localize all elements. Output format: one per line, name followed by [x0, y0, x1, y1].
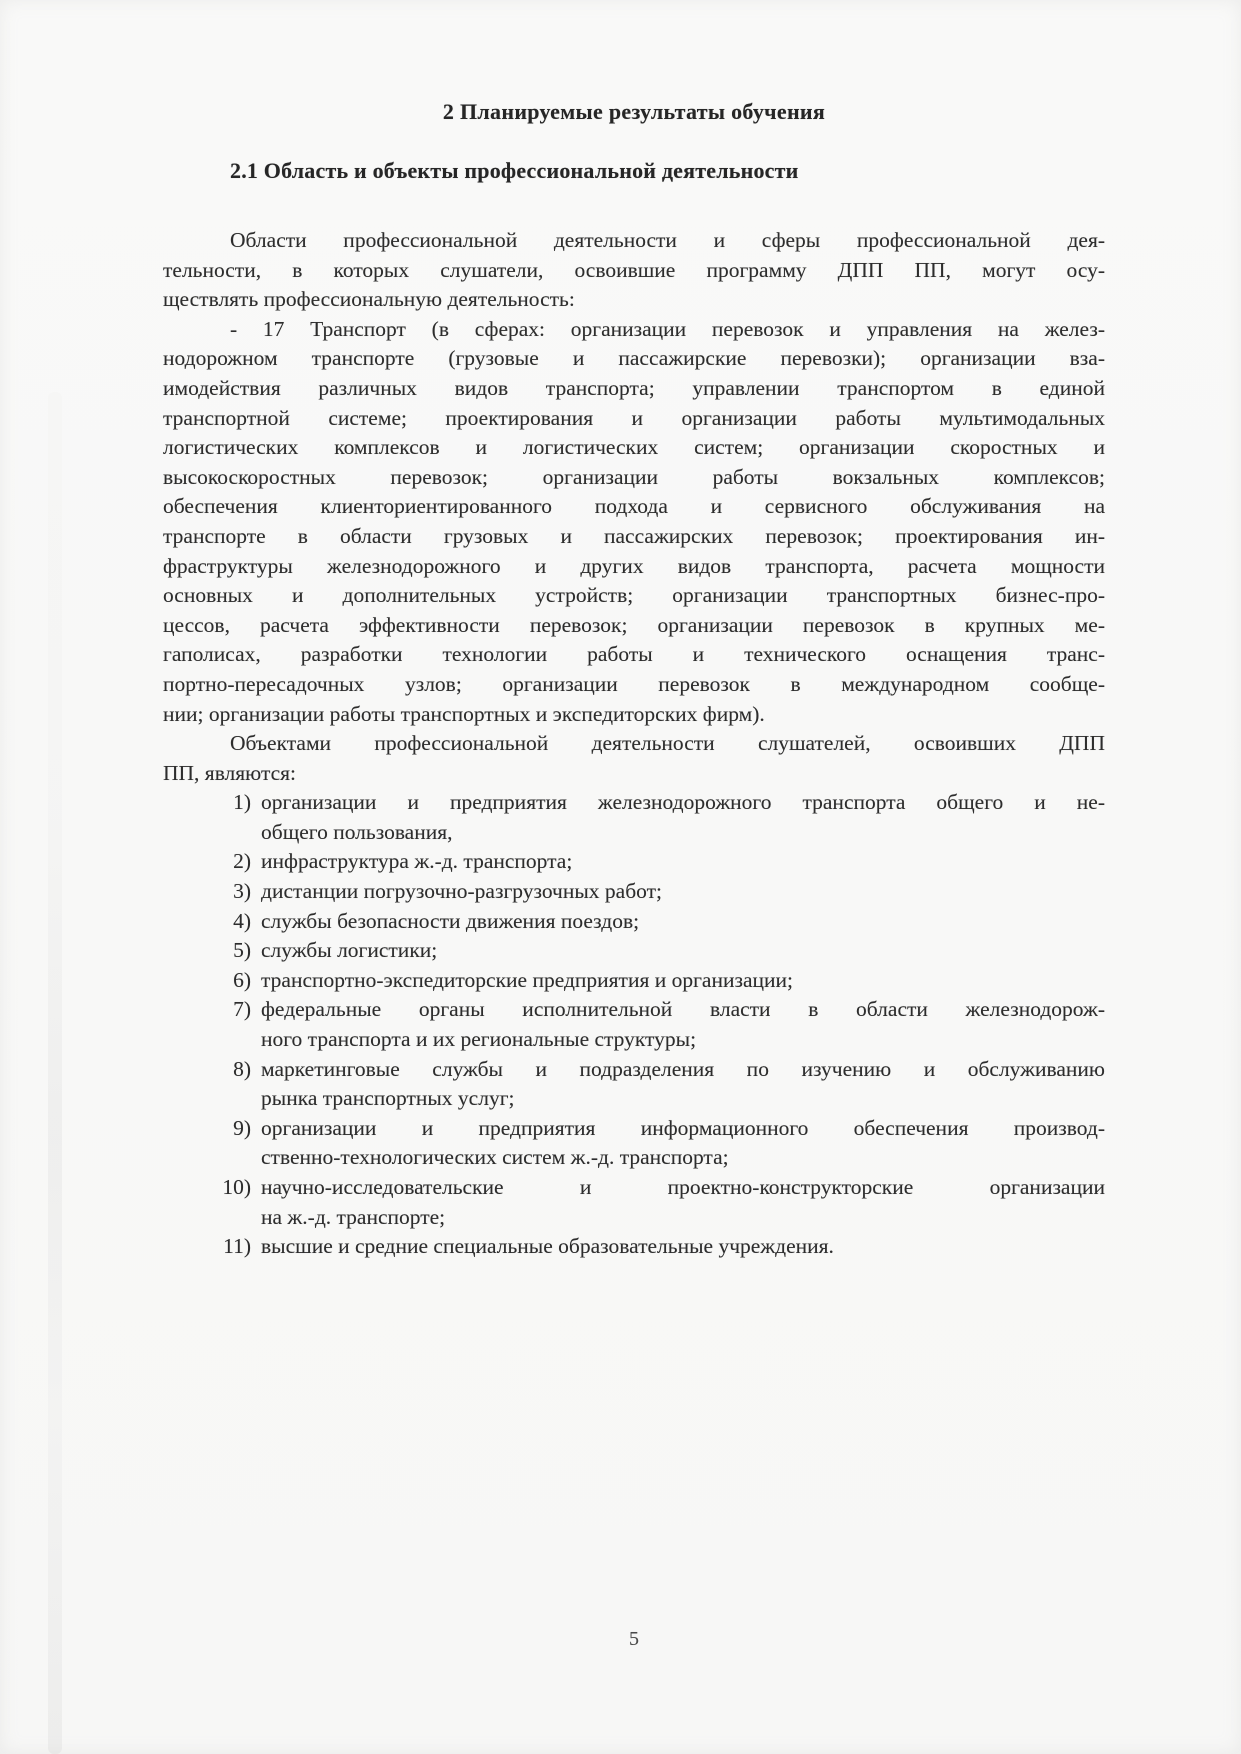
list-item: 9)организации и предприятия информационн… [205, 1114, 1105, 1173]
list-item-line: службы безопасности движения поездов; [261, 907, 1105, 937]
text-line: ществлять профессиональную деятельность: [163, 285, 1105, 315]
text-line: Объектами профессиональной деятельности … [163, 729, 1105, 759]
list-item-lines: федеральные органы исполнительной власти… [261, 995, 1105, 1054]
list-item: 2)инфраструктура ж.-д. транспорта; [205, 847, 1105, 877]
text-line: транспорте в области грузовых и пассажир… [163, 522, 1105, 552]
text-line: основных и дополнительных устройств; орг… [163, 581, 1105, 611]
list-item-lines: службы логистики; [261, 936, 1105, 966]
text-line: логистических комплексов и логистических… [163, 433, 1105, 463]
list-item-line: маркетинговые службы и подразделения по … [261, 1055, 1105, 1085]
list-item-number: 2) [205, 847, 261, 877]
list-item-lines: научно-исследовательские и проектно-конс… [261, 1173, 1105, 1232]
list-item-line: организации и предприятия железнодорожно… [261, 788, 1105, 818]
paragraph: - 17 Транспорт (в сферах: организации пе… [163, 315, 1105, 729]
list-item-lines: инфраструктура ж.-д. транспорта; [261, 847, 1105, 877]
list-item: 7)федеральные органы исполнительной влас… [205, 995, 1105, 1054]
list-item-number: 11) [205, 1232, 261, 1262]
text-line: цессов, расчета эффективности перевозок;… [163, 611, 1105, 641]
list-item-line: ственно-технологических систем ж.-д. тра… [261, 1143, 1105, 1173]
text-line: ПП, являются: [163, 759, 1105, 789]
list-item-number: 4) [205, 907, 261, 937]
list-item-lines: дистанции погрузочно-разгрузочных работ; [261, 877, 1105, 907]
scan-edge-artifact [48, 392, 62, 1754]
list-item-number: 3) [205, 877, 261, 907]
list-item-lines: организации и предприятия информационног… [261, 1114, 1105, 1173]
text-line: обеспечения клиенториентированного подхо… [163, 492, 1105, 522]
page-content: 2 Планируемые результаты обучения 2.1 Об… [163, 0, 1105, 1262]
text-line: Области профессиональной деятельности и … [163, 226, 1105, 256]
list-item-number: 9) [205, 1114, 261, 1144]
list-item-line: на ж.-д. транспорте; [261, 1203, 1105, 1233]
list-item: 5)службы логистики; [205, 936, 1105, 966]
text-line: фраструктуры железнодорожного и других в… [163, 552, 1105, 582]
list-item-line: дистанции погрузочно-разгрузочных работ; [261, 877, 1105, 907]
body-paragraphs: Области профессиональной деятельности и … [163, 226, 1105, 788]
list-item: 6)транспортно-экспедиторские предприятия… [205, 966, 1105, 996]
paragraph: Объектами профессиональной деятельности … [163, 729, 1105, 788]
text-line: портно-пересадочных узлов; организации п… [163, 670, 1105, 700]
document-title: 2 Планируемые результаты обучения [163, 0, 1105, 123]
list-item-line: общего пользования, [261, 818, 1105, 848]
text-line: нии; организации работы транспортных и э… [163, 700, 1105, 730]
list-item-number: 5) [205, 936, 261, 966]
text-line: транспортной системе; проектирования и о… [163, 404, 1105, 434]
list-item-lines: службы безопасности движения поездов; [261, 907, 1105, 937]
text-line: имодействия различных видов транспорта; … [163, 374, 1105, 404]
list-item-lines: транспортно-экспедиторские предприятия и… [261, 966, 1105, 996]
list-item-number: 8) [205, 1055, 261, 1085]
list-item: 10)научно-исследовательские и проектно-к… [205, 1173, 1105, 1232]
text-line: гаполисах, разработки технологии работы … [163, 640, 1105, 670]
list-item: 1)организации и предприятия железнодорож… [205, 788, 1105, 847]
numbered-list: 1)организации и предприятия железнодорож… [163, 788, 1105, 1262]
list-item-number: 7) [205, 995, 261, 1025]
document-page: 2 Планируемые результаты обучения 2.1 Об… [0, 0, 1241, 1754]
list-item-number: 10) [205, 1173, 261, 1203]
list-item-number: 1) [205, 788, 261, 818]
list-item-line: рынка транспортных услуг; [261, 1084, 1105, 1114]
list-item-number: 6) [205, 966, 261, 996]
list-item-line: научно-исследовательские и проектно-конс… [261, 1173, 1105, 1203]
section-heading: 2.1 Область и объекты профессиональной д… [163, 159, 1105, 182]
list-item: 3)дистанции погрузочно-разгрузочных рабо… [205, 877, 1105, 907]
list-item-line: службы логистики; [261, 936, 1105, 966]
list-item-lines: высшие и средние специальные образовател… [261, 1232, 1105, 1262]
list-item: 11)высшие и средние специальные образова… [205, 1232, 1105, 1262]
text-line: - 17 Транспорт (в сферах: организации пе… [163, 315, 1105, 345]
list-item-lines: маркетинговые службы и подразделения по … [261, 1055, 1105, 1114]
list-item-line: высшие и средние специальные образовател… [261, 1232, 1105, 1262]
list-item-line: организации и предприятия информационног… [261, 1114, 1105, 1144]
list-item-line: федеральные органы исполнительной власти… [261, 995, 1105, 1025]
text-line: нодорожном транспорте (грузовые и пассаж… [163, 344, 1105, 374]
list-item-line: инфраструктура ж.-д. транспорта; [261, 847, 1105, 877]
list-item: 4)службы безопасности движения поездов; [205, 907, 1105, 937]
list-item-lines: организации и предприятия железнодорожно… [261, 788, 1105, 847]
text-line: высокоскоростных перевозок; организации … [163, 463, 1105, 493]
list-item: 8)маркетинговые службы и подразделения п… [205, 1055, 1105, 1114]
paragraph: Области профессиональной деятельности и … [163, 226, 1105, 315]
list-item-line: ного транспорта и их региональные структ… [261, 1025, 1105, 1055]
text-line: тельности, в которых слушатели, освоивши… [163, 256, 1105, 286]
page-number: 5 [163, 1628, 1105, 1651]
list-item-line: транспортно-экспедиторские предприятия и… [261, 966, 1105, 996]
